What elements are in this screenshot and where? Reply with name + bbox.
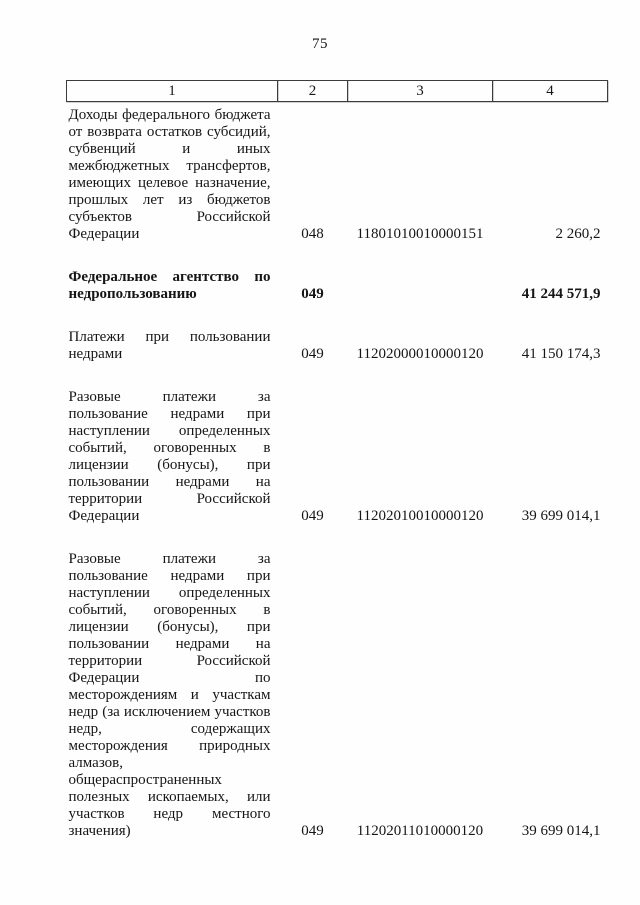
row-amount: 2 260,2: [556, 226, 608, 243]
table-header: 1 2 3 4: [67, 81, 608, 102]
row-budget-code: 11202000010000120: [357, 346, 484, 362]
table-row: Доходы федерального бюджета от возврата …: [67, 102, 608, 244]
row-name: Доходы федерального бюджета от возврата …: [69, 107, 271, 243]
row-name: Разовые платежи за пользование недрами п…: [69, 389, 271, 525]
row-name: Платежи при пользовании недрами: [69, 329, 271, 363]
table-row: Платежи при пользовании недрами 049 1120…: [67, 303, 608, 363]
table-body: Доходы федерального бюджета от возврата …: [67, 102, 608, 841]
row-amount: 41 150 174,3: [522, 346, 608, 363]
row-admin-code: 048: [301, 226, 324, 242]
row-admin-code: 049: [301, 346, 324, 362]
page-number: 75: [0, 0, 640, 53]
row-admin-code: 049: [301, 508, 324, 524]
table-row: Разовые платежи за пользование недрами п…: [67, 363, 608, 525]
row-name: Разовые платежи за пользование недрами п…: [69, 551, 271, 840]
row-budget-code: 11202010010000120: [357, 508, 484, 524]
column-header-4: 4: [493, 81, 608, 102]
budget-revenue-table: 1 2 3 4 Доходы федерального бюджета от в…: [66, 80, 608, 840]
row-amount: 41 244 571,9: [522, 286, 608, 303]
table-row: Федеральное агентство по недропользовани…: [67, 243, 608, 303]
row-amount: 39 699 014,1: [522, 508, 608, 525]
column-header-3: 3: [348, 81, 493, 102]
row-name: Федеральное агентство по недропользовани…: [69, 269, 271, 303]
column-header-1: 1: [67, 81, 278, 102]
row-amount: 39 699 014,1: [522, 823, 608, 840]
table-header-row: 1 2 3 4: [67, 81, 608, 102]
column-header-2: 2: [278, 81, 348, 102]
row-budget-code: 11202011010000120: [357, 823, 483, 839]
row-budget-code: 11801010010000151: [357, 226, 484, 242]
row-admin-code: 049: [301, 823, 324, 839]
document-page: 75 1 2 3 4 Доходы федерального бюджета о…: [0, 0, 640, 905]
table-row: Разовые платежи за пользование недрами п…: [67, 525, 608, 840]
row-admin-code: 049: [301, 286, 324, 302]
